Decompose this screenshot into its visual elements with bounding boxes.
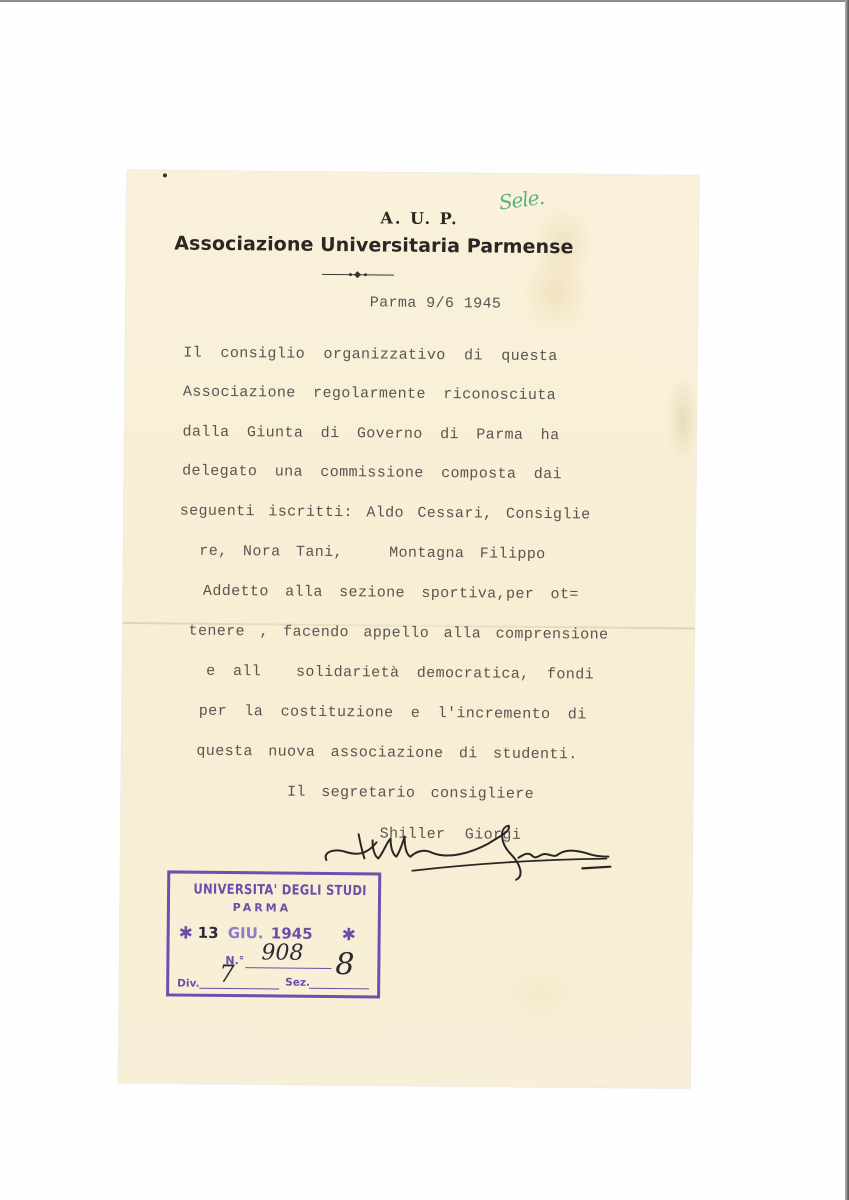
stamp-division-label: Div. — [177, 978, 199, 990]
scan-border-top — [0, 0, 849, 2]
body-line-10: per la costituzione e l'incremento di — [199, 703, 587, 724]
university-receipt-stamp: UNIVERSITA' DEGLI STUDI PARMA ✱ 13 GIU. … — [166, 870, 381, 998]
letterhead-abbreviation: A. U. P. — [126, 206, 698, 230]
letterhead-name: Associazione Universitaria Parmense — [174, 232, 573, 258]
body-line-9: e all solidarietà democratica, fondi — [206, 663, 594, 684]
stamp-division-underline — [199, 988, 279, 990]
stamp-number-underline — [245, 967, 331, 969]
stamp-section-underline — [309, 988, 369, 990]
place-date: Parma 9/6 1945 — [370, 294, 502, 312]
body-line-4: delegato una commissione composta dai — [182, 463, 562, 484]
body-line-11: questa nuova associazione di studenti. — [196, 743, 577, 764]
stamp-section-label: Sez. — [285, 977, 310, 989]
stamp-city-label: PARMA — [170, 900, 378, 915]
letterhead-ornament-divider — [322, 272, 394, 279]
stamp-date-day: 13 — [198, 924, 219, 942]
stamp-division-value: 7 — [219, 960, 235, 988]
body-line-3: dalla Giunta di Governo di Parma ha — [182, 424, 559, 445]
body-line-7: Addetto alla sezione sportiva,per ot= — [203, 583, 579, 604]
body-line-5: seguenti iscritti: Aldo Cessari, Consigl… — [180, 503, 591, 524]
stamp-number-value: 908 — [261, 940, 303, 965]
stamp-date-month: GIU. — [228, 924, 264, 942]
stamp-star-icon: ✱ — [179, 924, 193, 944]
stamp-star-icon: ✱ — [342, 925, 356, 945]
letter-card: Sele. A. U. P. Associazione Universitari… — [118, 170, 699, 1088]
stamp-section-value: 8 — [335, 947, 354, 982]
body-line-2: Associazione regolarmente riconosciuta — [183, 384, 556, 405]
body-line-8: tenere , facendo appello alla comprensio… — [188, 623, 608, 644]
stamp-university-label: UNIVERSITA' DEGLI STUDI — [170, 880, 378, 899]
pin-hole — [163, 173, 167, 177]
body-line-1: Il consiglio organizzativo di questa — [183, 345, 558, 366]
body-line-6: re, Nora Tani, Montagna Filippo — [199, 543, 545, 563]
closing-title: Il segretario consigliere — [287, 784, 534, 803]
scan-border-right — [845, 0, 849, 1200]
